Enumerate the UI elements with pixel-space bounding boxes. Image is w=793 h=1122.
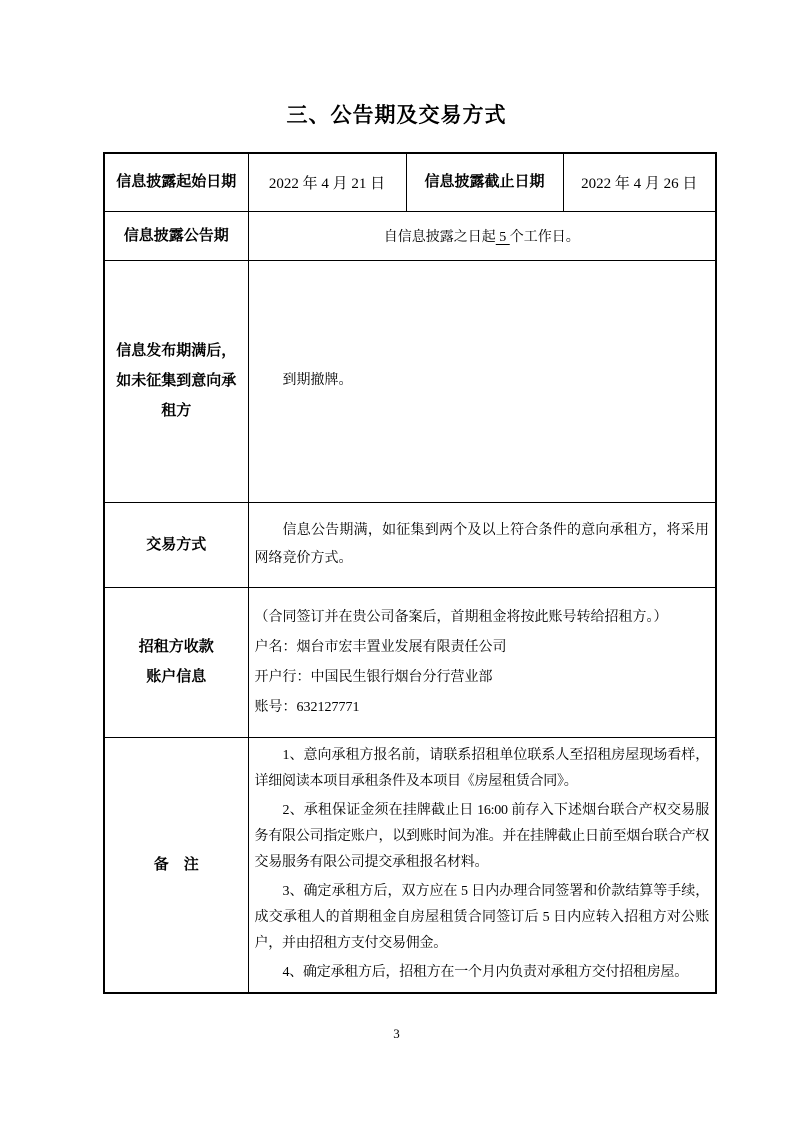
table-row: 交易方式 信息公告期满，如征集到两个及以上符合条件的意向承租方，将采用网络竞价方… [104, 502, 716, 587]
expiry-no-tenant-value: 到期撤牌。 [248, 260, 716, 502]
disclosure-start-date-label: 信息披露起始日期 [104, 153, 248, 211]
announcement-period-text-suffix: 个工作日。 [510, 230, 580, 245]
account-bank: 开户行：中国民生银行烟台分行营业部 [255, 663, 710, 692]
disclosure-start-date-value: 2022 年 4 月 21 日 [248, 153, 406, 211]
trading-method-text: 信息公告期满，如征集到两个及以上符合条件的意向承租方，将采用网络竞价方式。 [255, 517, 710, 573]
remark-item-3: 3、确定承租方后，双方应在 5 日内办理合同签署和价款结算等手续，成交承租人的首… [255, 879, 710, 957]
announcement-period-days-underlined: 5 [496, 230, 510, 245]
remark-item-1: 1、意向承租方报名前，请联系招租单位联系人至招租房屋现场看样，详细阅读本项目承租… [255, 743, 710, 795]
announcement-period-text-prefix: 自信息披露之日起 [384, 230, 496, 245]
disclosure-end-date-value: 2022 年 4 月 26 日 [563, 153, 716, 211]
account-holder-name: 户名：烟台市宏丰置业发展有限责任公司 [255, 633, 710, 662]
remark-item-2: 2、承租保证金须在挂牌截止日 16:00 前存入下述烟台联合产权交易服务有限公司… [255, 798, 710, 876]
expiry-no-tenant-label: 信息发布期满后， 如未征集到意向承 租方 [104, 260, 248, 502]
table-row: 信息发布期满后， 如未征集到意向承 租方 到期撤牌。 [104, 260, 716, 502]
remarks-label: 备 注 [104, 737, 248, 993]
announcement-period-label: 信息披露公告期 [104, 211, 248, 260]
disclosure-end-date-label: 信息披露截止日期 [406, 153, 563, 211]
trading-method-value: 信息公告期满，如征集到两个及以上符合条件的意向承租方，将采用网络竞价方式。 [248, 502, 716, 587]
remarks-value: 1、意向承租方报名前，请联系招租单位联系人至招租房屋现场看样，详细阅读本项目承租… [248, 737, 716, 993]
expiry-action-text: 到期撤牌。 [255, 368, 710, 394]
account-note: （合同签订并在贵公司备案后，首期租金将按此账号转给招租方。） [255, 603, 710, 632]
payee-account-label: 招租方收款 账户信息 [104, 587, 248, 737]
trading-method-label: 交易方式 [104, 502, 248, 587]
page-title: 三、公告期及交易方式 [0, 99, 793, 129]
document-page: 三、公告期及交易方式 信息披露起始日期 2022 年 4 月 21 日 信息披露… [0, 0, 793, 1122]
payee-account-value: （合同签订并在贵公司备案后，首期租金将按此账号转给招租方。） 户名：烟台市宏丰置… [248, 587, 716, 737]
announcement-table: 信息披露起始日期 2022 年 4 月 21 日 信息披露截止日期 2022 年… [103, 152, 717, 994]
remark-item-4: 4、确定承租方后，招租方在一个月内负责对承租方交付招租房屋。 [255, 960, 710, 986]
account-number: 账号：632127771 [255, 693, 710, 722]
page-number: 3 [0, 1026, 793, 1042]
table-row: 招租方收款 账户信息 （合同签订并在贵公司备案后，首期租金将按此账号转给招租方。… [104, 587, 716, 737]
table-row: 信息披露公告期 自信息披露之日起 5 个工作日。 [104, 211, 716, 260]
table-row: 备 注 1、意向承租方报名前，请联系招租单位联系人至招租房屋现场看样，详细阅读本… [104, 737, 716, 993]
announcement-period-value: 自信息披露之日起 5 个工作日。 [248, 211, 716, 260]
table-row: 信息披露起始日期 2022 年 4 月 21 日 信息披露截止日期 2022 年… [104, 153, 716, 211]
